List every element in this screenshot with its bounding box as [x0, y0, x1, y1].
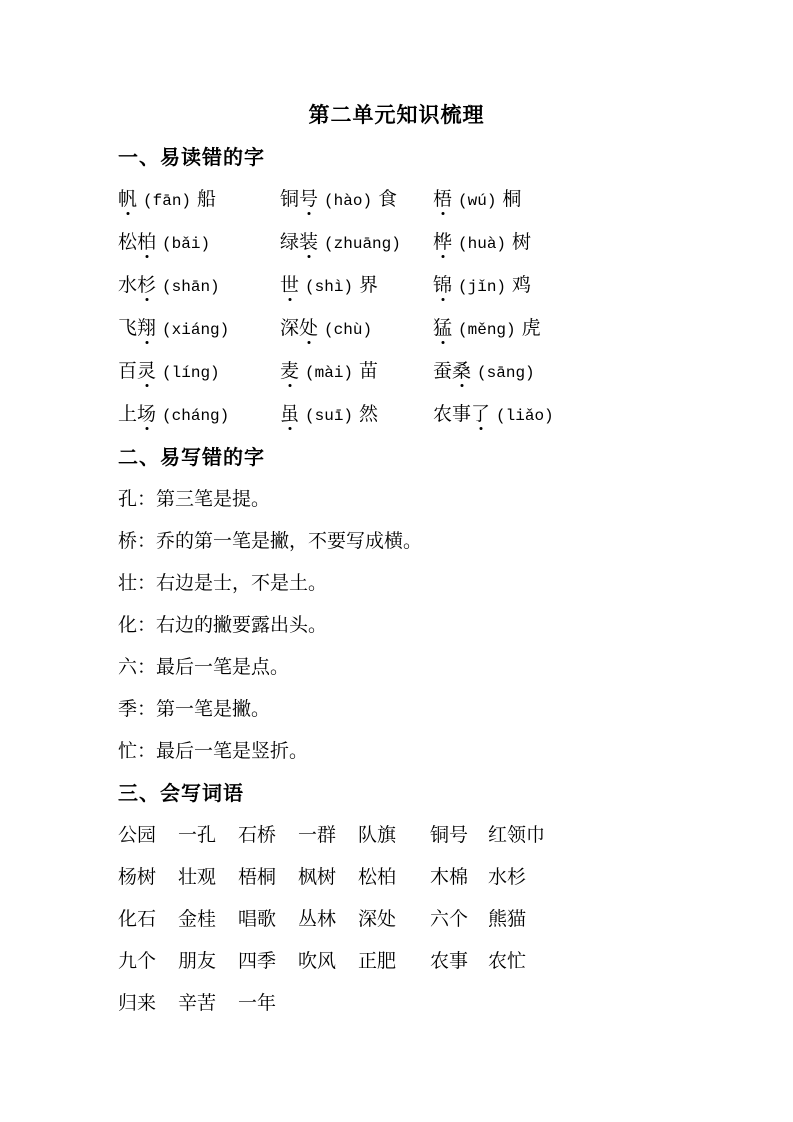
pinyin-annotation: (wú) — [458, 192, 496, 210]
emphasized-character: 帆 — [118, 184, 137, 211]
word-item: 队旗 — [358, 815, 430, 857]
trailing-characters: 船 — [197, 189, 216, 210]
word-item: 铜号 — [430, 815, 488, 857]
section-heading-misread-characters: 一、易读错的字 — [118, 137, 793, 179]
pinyin-entry: 铜号(hào)食 — [280, 179, 433, 222]
page-title: 第二单元知识梳理 — [0, 95, 793, 137]
pinyin-entry: 桦(huà)树 — [433, 222, 753, 265]
pinyin-entry: 世(shì)界 — [280, 265, 433, 308]
pinyin-entry: 深处(chù) — [280, 308, 433, 351]
word-item: 丛林 — [298, 899, 358, 941]
word-item: 农事 — [430, 941, 488, 983]
pinyin-entry: 绿装(zhuāng) — [280, 222, 433, 265]
word-item: 水杉 — [488, 857, 753, 899]
pinyin-entry: 飞翔(xiáng) — [118, 308, 280, 351]
emphasized-character: 锦 — [433, 270, 452, 297]
word-item: 朋友 — [178, 941, 238, 983]
word-item: 六个 — [430, 899, 488, 941]
trailing-characters: 食 — [378, 189, 397, 210]
document-page: 第二单元知识梳理 一、易读错的字 帆(fān)船铜号(hào)食梧(wú)桐松柏… — [0, 0, 793, 1025]
emphasized-character: 桑 — [452, 356, 471, 383]
trailing-characters: 界 — [359, 275, 378, 296]
word-item: 杨树 — [118, 857, 178, 899]
emphasized-character: 猛 — [433, 313, 452, 340]
emphasized-character: 虽 — [280, 399, 299, 426]
word-item: 深处 — [358, 899, 430, 941]
emphasized-character: 桦 — [433, 227, 452, 254]
leading-characters: 铜 — [280, 189, 299, 210]
word-item: 一孔 — [178, 815, 238, 857]
leading-characters: 水 — [118, 275, 137, 296]
word-item: 一群 — [298, 815, 358, 857]
pinyin-annotation: (hào) — [324, 192, 372, 210]
section-heading-words-to-write: 三、会写词语 — [118, 773, 793, 815]
pinyin-annotation: (jǐn) — [458, 278, 506, 296]
pinyin-entry: 松柏(bǎi) — [118, 222, 280, 265]
pinyin-annotation: (suī) — [305, 407, 353, 425]
word-grid-spacer — [298, 983, 358, 1025]
pinyin-entry: 虽(suī)然 — [280, 394, 433, 437]
pinyin-entry: 上场(cháng) — [118, 394, 280, 437]
word-item: 石桥 — [238, 815, 298, 857]
pinyin-annotation: (xiáng) — [162, 321, 229, 339]
stroke-note-line: 壮：右边是士，不是土。 — [118, 563, 793, 605]
word-grid-spacer — [430, 983, 488, 1025]
emphasized-character: 世 — [280, 270, 299, 297]
word-item: 化石 — [118, 899, 178, 941]
misread-characters-grid: 帆(fān)船铜号(hào)食梧(wú)桐松柏(bǎi)绿装(zhuāng)桦(… — [118, 179, 753, 437]
stroke-note-line: 季：第一笔是撇。 — [118, 689, 793, 731]
stroke-notes-list: 孔：第三笔是提。桥：乔的第一笔是撇，不要写成横。壮：右边是士，不是土。化：右边的… — [0, 479, 793, 773]
emphasized-character: 杉 — [137, 270, 156, 297]
stroke-note-line: 化：右边的撇要露出头。 — [118, 605, 793, 647]
word-item: 辛苦 — [178, 983, 238, 1025]
leading-characters: 飞 — [118, 318, 137, 339]
emphasized-character: 麦 — [280, 356, 299, 383]
word-list-grid: 公园一孔石桥一群队旗铜号红领巾杨树壮观梧桐枫树松柏木棉水杉化石金桂唱歌丛林深处六… — [118, 815, 753, 1025]
pinyin-annotation: (bǎi) — [162, 235, 210, 253]
leading-characters: 绿 — [280, 232, 299, 253]
word-item: 四季 — [238, 941, 298, 983]
word-item: 梧桐 — [238, 857, 298, 899]
leading-characters: 松 — [118, 232, 137, 253]
pinyin-entry: 农事了(liǎo) — [433, 394, 753, 437]
word-item: 红领巾 — [488, 815, 753, 857]
stroke-note-line: 孔：第三笔是提。 — [118, 479, 793, 521]
pinyin-annotation: (sāng) — [477, 364, 535, 382]
word-item: 农忙 — [488, 941, 753, 983]
leading-characters: 上 — [118, 404, 137, 425]
trailing-characters: 然 — [359, 404, 378, 425]
leading-characters: 百 — [118, 361, 137, 382]
pinyin-annotation: (shì) — [305, 278, 353, 296]
word-item: 壮观 — [178, 857, 238, 899]
trailing-characters: 鸡 — [512, 275, 531, 296]
stroke-note-line: 桥：乔的第一笔是撇，不要写成横。 — [118, 521, 793, 563]
trailing-characters: 桐 — [502, 189, 521, 210]
emphasized-character: 了 — [471, 399, 490, 426]
stroke-note-line: 六：最后一笔是点。 — [118, 647, 793, 689]
word-item: 熊猫 — [488, 899, 753, 941]
emphasized-character: 号 — [299, 184, 318, 211]
trailing-characters: 苗 — [359, 361, 378, 382]
pinyin-entry: 梧(wú)桐 — [433, 179, 753, 222]
pinyin-entry: 水杉(shān) — [118, 265, 280, 308]
word-item: 吹风 — [298, 941, 358, 983]
emphasized-character: 场 — [137, 399, 156, 426]
pinyin-annotation: (shān) — [162, 278, 220, 296]
trailing-characters: 虎 — [522, 318, 541, 339]
section-heading-miswritten-characters: 二、易写错的字 — [118, 437, 793, 479]
word-item: 金桂 — [178, 899, 238, 941]
word-item: 九个 — [118, 941, 178, 983]
pinyin-entry: 锦(jǐn)鸡 — [433, 265, 753, 308]
word-item: 枫树 — [298, 857, 358, 899]
word-item: 松柏 — [358, 857, 430, 899]
leading-characters: 农事 — [433, 404, 471, 425]
pinyin-entry: 帆(fān)船 — [118, 179, 280, 222]
word-item: 木棉 — [430, 857, 488, 899]
emphasized-character: 灵 — [137, 356, 156, 383]
word-item: 正肥 — [358, 941, 430, 983]
word-item: 一年 — [238, 983, 298, 1025]
leading-characters: 蚕 — [433, 361, 452, 382]
word-grid-spacer — [358, 983, 430, 1025]
pinyin-annotation: (fān) — [143, 192, 191, 210]
word-item: 归来 — [118, 983, 178, 1025]
stroke-note-line: 忙：最后一笔是竖折。 — [118, 731, 793, 773]
pinyin-entry: 麦(mài)苗 — [280, 351, 433, 394]
emphasized-character: 柏 — [137, 227, 156, 254]
pinyin-annotation: (mài) — [305, 364, 353, 382]
pinyin-entry: 蚕桑(sāng) — [433, 351, 753, 394]
pinyin-annotation: (zhuāng) — [324, 235, 401, 253]
pinyin-annotation: (chù) — [324, 321, 372, 339]
pinyin-annotation: (huà) — [458, 235, 506, 253]
leading-characters: 深 — [280, 318, 299, 339]
emphasized-character: 翔 — [137, 313, 156, 340]
word-item: 唱歌 — [238, 899, 298, 941]
emphasized-character: 处 — [299, 313, 318, 340]
pinyin-annotation: (liǎo) — [496, 407, 554, 425]
trailing-characters: 树 — [512, 232, 531, 253]
pinyin-annotation: (cháng) — [162, 407, 229, 425]
pinyin-entry: 百灵(líng) — [118, 351, 280, 394]
emphasized-character: 梧 — [433, 184, 452, 211]
word-item: 公园 — [118, 815, 178, 857]
pinyin-annotation: (měng) — [458, 321, 516, 339]
word-grid-spacer — [488, 983, 753, 1025]
pinyin-annotation: (líng) — [162, 364, 220, 382]
pinyin-entry: 猛(měng)虎 — [433, 308, 753, 351]
emphasized-character: 装 — [299, 227, 318, 254]
